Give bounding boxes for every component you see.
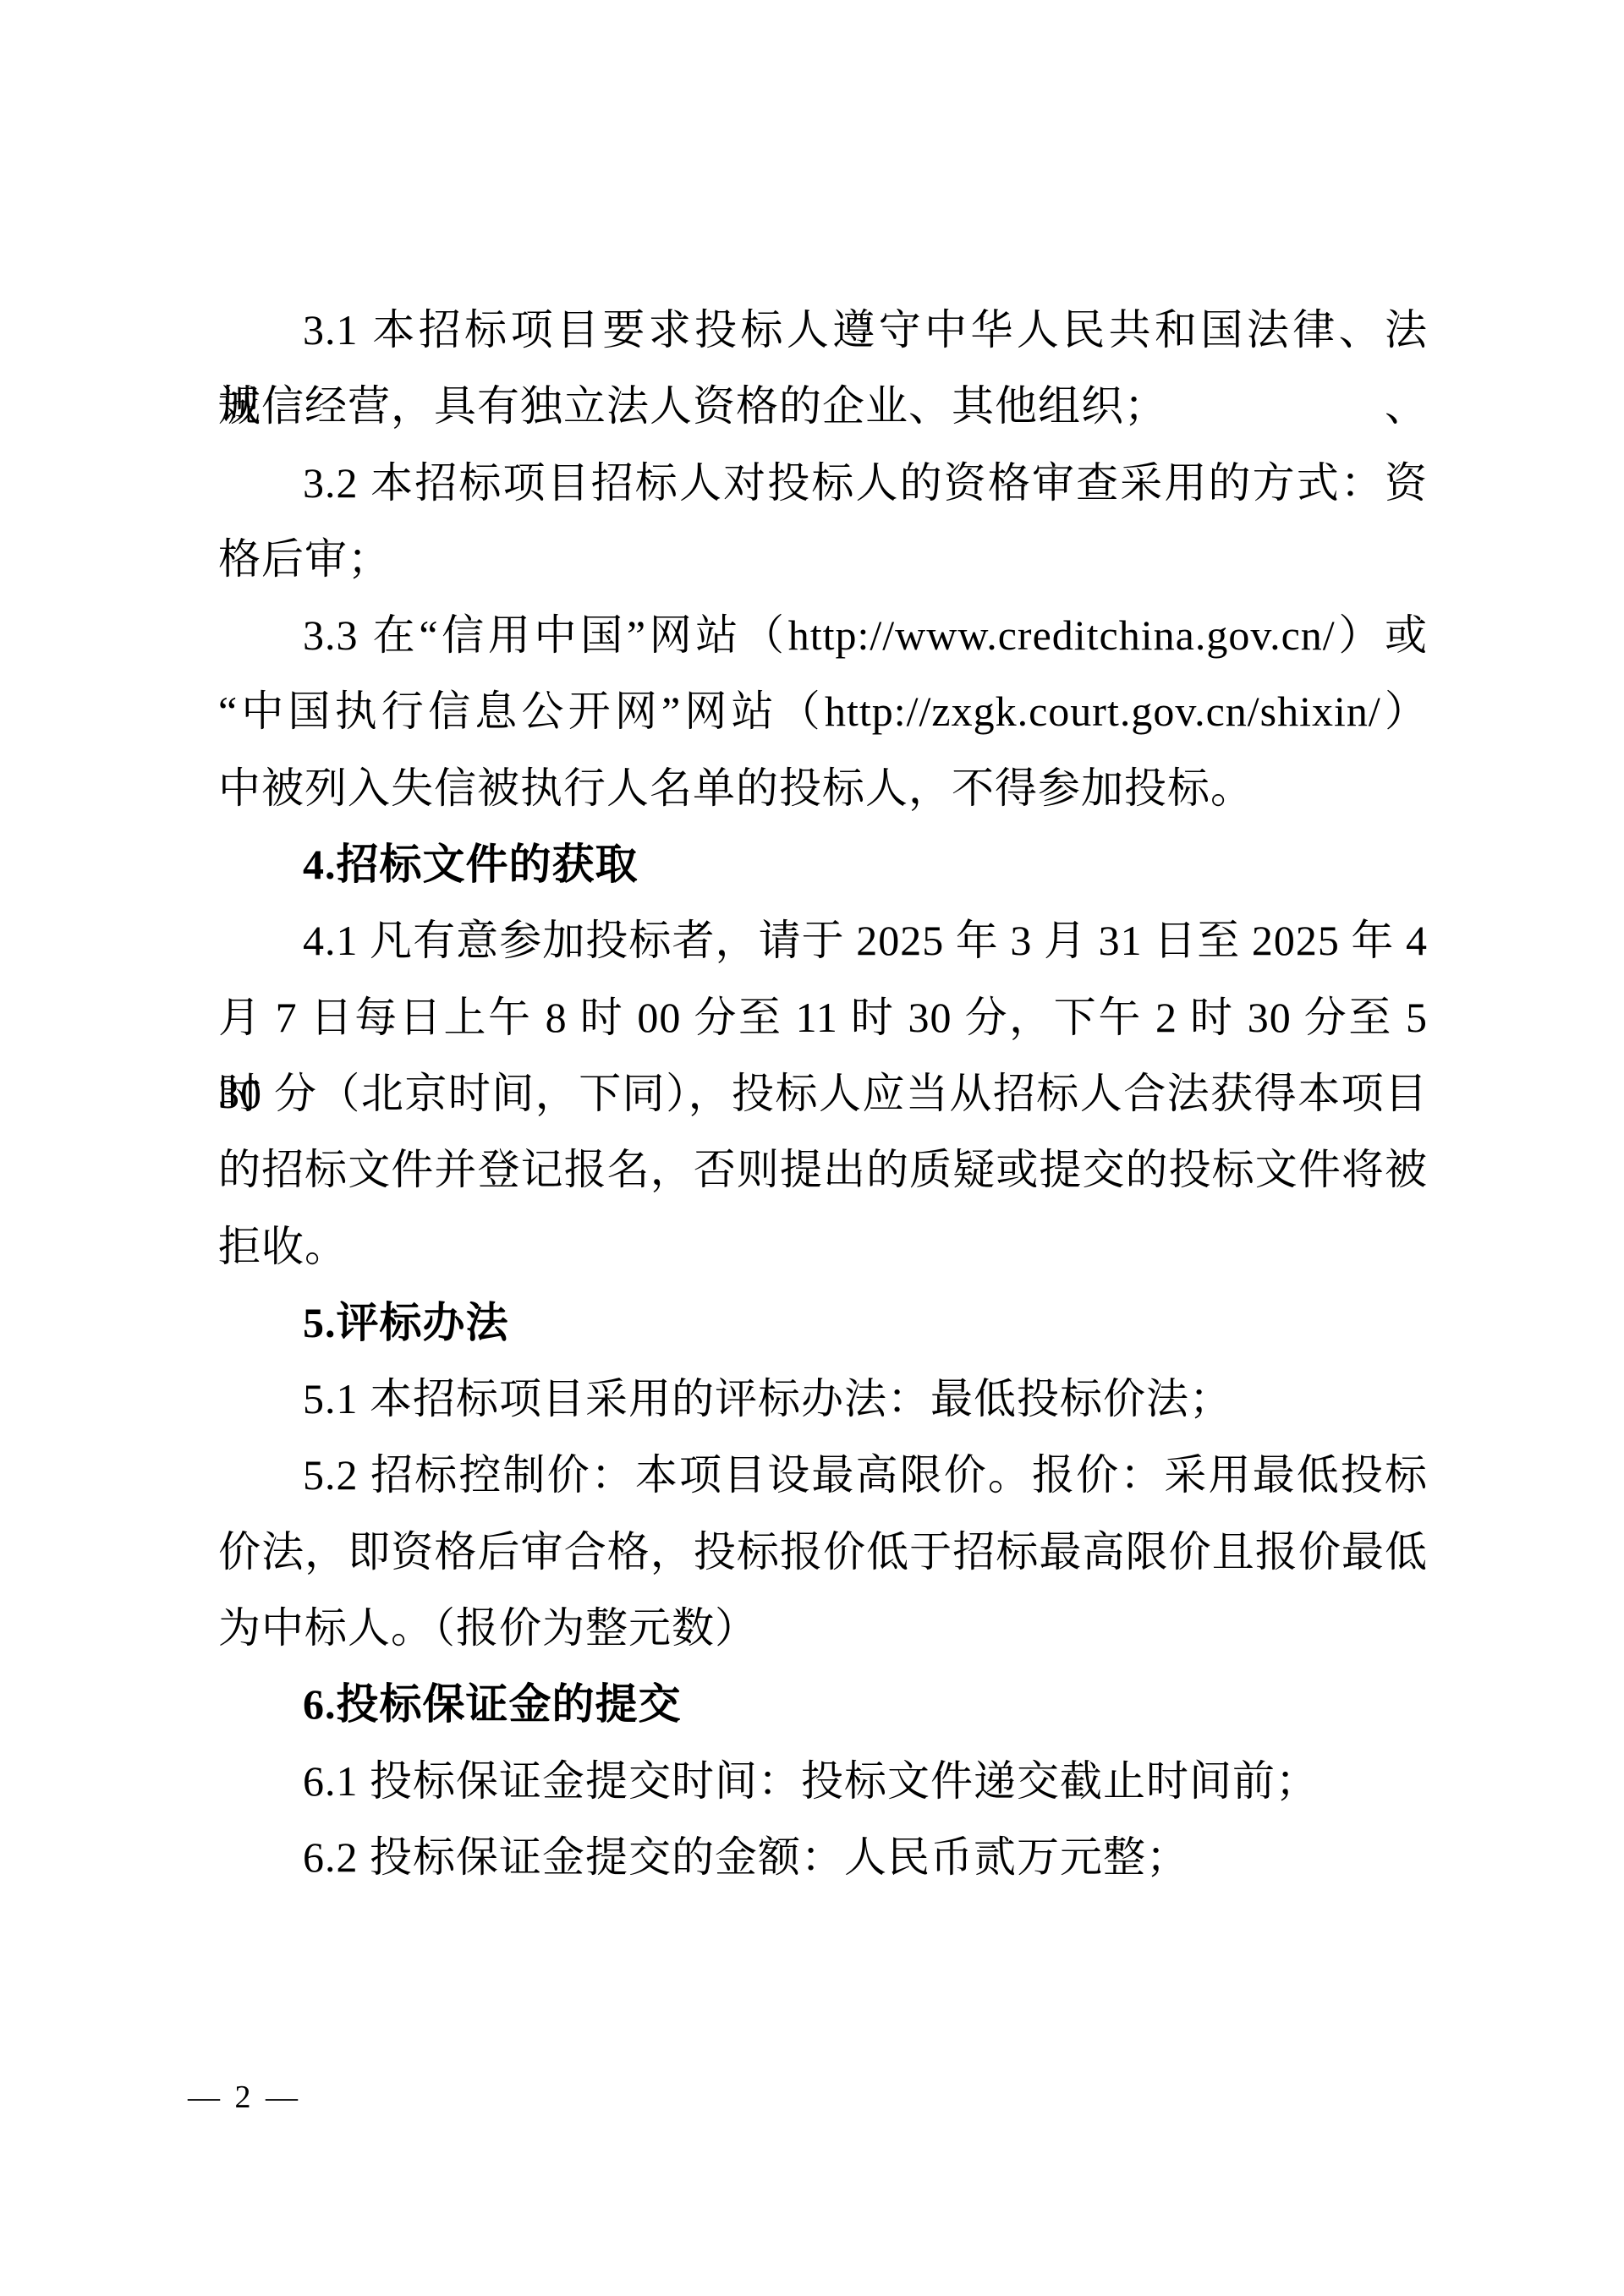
- document-page: 3.1 本招标项目要求投标人遵守中华人民共和国法律、法规、 诚信经营，具有独立法…: [0, 0, 1624, 2296]
- clause-6-1-line-1: 6.1 投标保证金提交时间：投标文件递交截止时间前；: [218, 1743, 1428, 1819]
- clause-5-2-line-2: 价法，即资格后审合格，投标报价低于招标最高限价且报价最低: [218, 1514, 1428, 1590]
- clause-4-1-line-1: 4.1 凡有意参加投标者，请于 2025 年 3 月 31 日至 2025 年 …: [218, 902, 1428, 978]
- document-body: 3.1 本招标项目要求投标人遵守中华人民共和国法律、法规、 诚信经营，具有独立法…: [218, 292, 1428, 1895]
- clause-6-2-line-1: 6.2 投标保证金提交的金额：人民币贰万元整；: [218, 1819, 1428, 1895]
- clause-3-2-line-2: 格后审；: [218, 521, 1428, 597]
- clause-5-1-line-1: 5.1 本招标项目采用的评标办法：最低投标价法；: [218, 1361, 1428, 1437]
- clause-4-1-line-4: 的招标文件并登记报名，否则提出的质疑或提交的投标文件将被: [218, 1132, 1428, 1208]
- clause-4-1-line-3: 30 分（北京时间，下同），投标人应当从招标人合法获得本项目: [218, 1055, 1428, 1132]
- section-5-heading: 5.评标办法: [218, 1285, 1428, 1361]
- clause-3-3-line-2: “中国执行信息公开网”网站（http://zxgk.court.gov.cn/s…: [218, 673, 1428, 749]
- page-number: — 2 —: [188, 2076, 301, 2118]
- clause-5-2-line-1: 5.2 招标控制价：本项目设最高限价。报价：采用最低投标: [218, 1437, 1428, 1513]
- clause-4-1-line-2: 月 7 日每日上午 8 时 00 分至 11 时 30 分，下午 2 时 30 …: [218, 979, 1428, 1055]
- section-6-heading: 6.投标保证金的提交: [218, 1666, 1428, 1742]
- clause-3-3-line-1: 3.3 在“信用中国”网站（http://www.creditchina.gov…: [218, 597, 1428, 673]
- clause-3-1-line-1: 3.1 本招标项目要求投标人遵守中华人民共和国法律、法规、: [218, 292, 1428, 368]
- section-4-heading: 4.招标文件的获取: [218, 826, 1428, 902]
- clause-5-2-line-3: 为中标人。（报价为整元数）: [218, 1590, 1428, 1666]
- clause-3-2-line-1: 3.2 本招标项目招标人对投标人的资格审查采用的方式：资: [218, 445, 1428, 521]
- clause-3-3-line-3: 中被列入失信被执行人名单的投标人，不得参加投标。: [218, 750, 1428, 826]
- clause-4-1-line-5: 拒收。: [218, 1208, 1428, 1285]
